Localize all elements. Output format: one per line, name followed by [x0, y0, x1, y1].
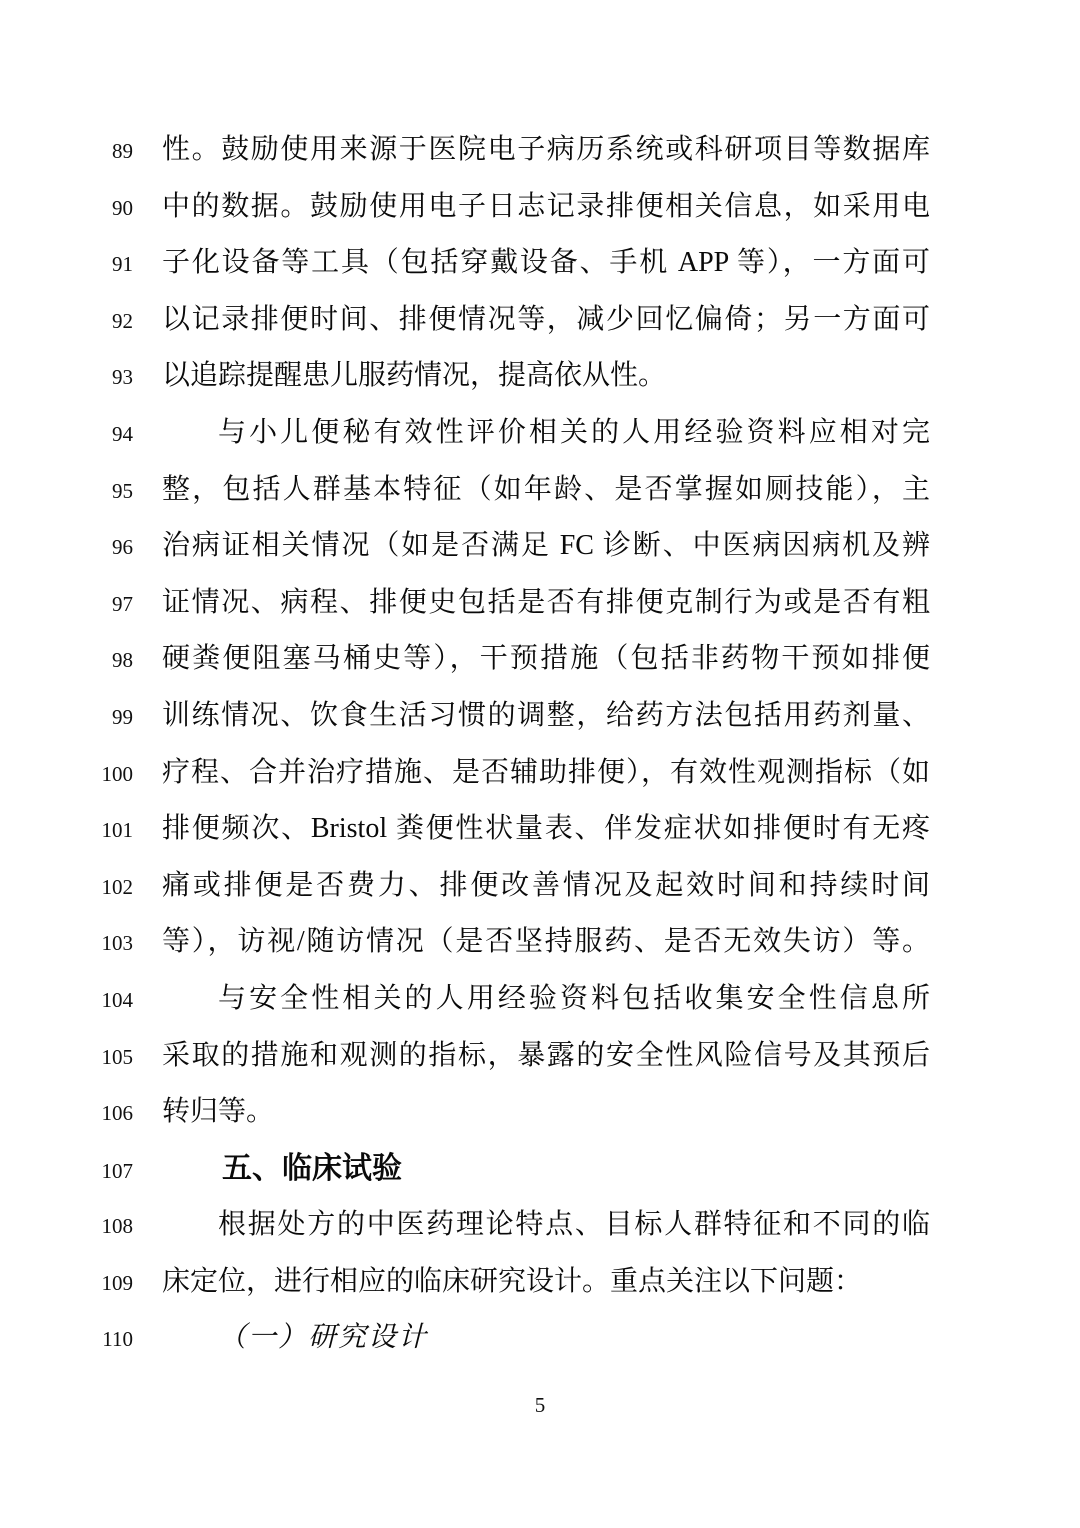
line-number: 90: [0, 180, 133, 237]
line-number: 93: [0, 349, 133, 406]
document-line: 104与安全性相关的人用经验资料包括收集安全性信息所: [0, 971, 1080, 1028]
line-text: 等），访视/随访情况（是否坚持服药、是否无效失访）等。: [162, 914, 930, 971]
document-line: 103等），访视/随访情况（是否坚持服药、是否无效失访）等。: [0, 914, 1080, 971]
line-text: 排便频次、Bristol 粪便性状量表、伴发症状如排便时有无疼: [162, 801, 930, 858]
line-number: 107: [0, 1143, 133, 1200]
line-number: 98: [0, 632, 133, 689]
document-line: 93以追踪提醒患儿服药情况，提高依从性。: [0, 348, 1080, 405]
document-line: 97证情况、病程、排便史包括是否有排便克制行为或是否有粗: [0, 575, 1080, 632]
subsection-heading: （一）研究设计: [162, 1310, 930, 1367]
line-number: 106: [0, 1085, 133, 1142]
line-number: 101: [0, 802, 133, 859]
line-text: 性。鼓励使用来源于医院电子病历系统或科研项目等数据库: [162, 122, 930, 179]
line-number: 99: [0, 689, 133, 746]
document-line: 90中的数据。鼓励使用电子日志记录排便相关信息，如采用电: [0, 179, 1080, 236]
document-line: 95整，包括人群基本特征（如年龄、是否掌握如厕技能），主: [0, 462, 1080, 519]
document-line: 98硬粪便阻塞马桶史等），干预措施（包括非药物干预如排便: [0, 631, 1080, 688]
line-text: 以追踪提醒患儿服药情况，提高依从性。: [162, 348, 930, 405]
document-body: 89性。鼓励使用来源于医院电子病历系统或科研项目等数据库 90中的数据。鼓励使用…: [0, 122, 1080, 1367]
line-number: 103: [0, 915, 133, 972]
line-number: 109: [0, 1255, 133, 1312]
document-line: 105采取的措施和观测的指标，暴露的安全性风险信号及其预后: [0, 1028, 1080, 1085]
document-line: 106转归等。: [0, 1084, 1080, 1141]
document-line: 100疗程、合并治疗措施、是否辅助排便），有效性观测指标（如: [0, 745, 1080, 802]
line-text: 治病证相关情况（如是否满足 FC 诊断、中医病因病机及辨: [162, 518, 930, 575]
document-line: 96治病证相关情况（如是否满足 FC 诊断、中医病因病机及辨: [0, 518, 1080, 575]
line-number: 102: [0, 859, 133, 916]
line-number: 100: [0, 746, 133, 803]
line-number: 92: [0, 293, 133, 350]
line-text: 与安全性相关的人用经验资料包括收集安全性信息所: [162, 971, 930, 1028]
line-number: 110: [0, 1311, 133, 1368]
line-text: 痛或排便是否费力、排便改善情况及起效时间和持续时间: [162, 858, 930, 915]
line-number: 97: [0, 576, 133, 633]
line-text: 以记录排便时间、排便情况等，减少回忆偏倚；另一方面可: [162, 292, 930, 349]
line-number: 104: [0, 972, 133, 1029]
line-number: 94: [0, 406, 133, 463]
line-number: 108: [0, 1198, 133, 1255]
document-line: 109床定位，进行相应的临床研究设计。重点关注以下问题：: [0, 1254, 1080, 1311]
page-number: 5: [0, 1388, 1080, 1422]
document-line: 101排便频次、Bristol 粪便性状量表、伴发症状如排便时有无疼: [0, 801, 1080, 858]
document-line: 108根据处方的中医药理论特点、目标人群特征和不同的临: [0, 1197, 1080, 1254]
line-text: 中的数据。鼓励使用电子日志记录排便相关信息，如采用电: [162, 179, 930, 236]
line-text: 根据处方的中医药理论特点、目标人群特征和不同的临: [162, 1197, 930, 1254]
line-number: 95: [0, 463, 133, 520]
line-number: 89: [0, 123, 133, 180]
document-line: 99训练情况、饮食生活习惯的调整，给药方法包括用药剂量、: [0, 688, 1080, 745]
section-heading: 五、临床试验: [162, 1141, 930, 1198]
document-page: 89性。鼓励使用来源于医院电子病历系统或科研项目等数据库 90中的数据。鼓励使用…: [0, 0, 1080, 1528]
document-line: 110（一）研究设计: [0, 1310, 1080, 1367]
document-line: 102痛或排便是否费力、排便改善情况及起效时间和持续时间: [0, 858, 1080, 915]
line-number: 96: [0, 519, 133, 576]
line-text: 床定位，进行相应的临床研究设计。重点关注以下问题：: [162, 1254, 930, 1311]
document-line: 89性。鼓励使用来源于医院电子病历系统或科研项目等数据库: [0, 122, 1080, 179]
line-text: 硬粪便阻塞马桶史等），干预措施（包括非药物干预如排便: [162, 631, 930, 688]
line-text: 证情况、病程、排便史包括是否有排便克制行为或是否有粗: [162, 575, 930, 632]
line-number: 91: [0, 236, 133, 293]
line-text: 转归等。: [162, 1084, 930, 1141]
document-line: 92以记录排便时间、排便情况等，减少回忆偏倚；另一方面可: [0, 292, 1080, 349]
document-line: 91子化设备等工具（包括穿戴设备、手机 APP 等），一方面可: [0, 235, 1080, 292]
line-text: 整，包括人群基本特征（如年龄、是否掌握如厕技能），主: [162, 462, 930, 519]
document-line: 107五、临床试验: [0, 1141, 1080, 1198]
line-text: 与小儿便秘有效性评价相关的人用经验资料应相对完: [162, 405, 930, 462]
document-line: 94与小儿便秘有效性评价相关的人用经验资料应相对完: [0, 405, 1080, 462]
line-text: 采取的措施和观测的指标，暴露的安全性风险信号及其预后: [162, 1028, 930, 1085]
line-text: 疗程、合并治疗措施、是否辅助排便），有效性观测指标（如: [162, 745, 930, 802]
line-text: 子化设备等工具（包括穿戴设备、手机 APP 等），一方面可: [162, 235, 930, 292]
line-number: 105: [0, 1029, 133, 1086]
line-text: 训练情况、饮食生活习惯的调整，给药方法包括用药剂量、: [162, 688, 930, 745]
